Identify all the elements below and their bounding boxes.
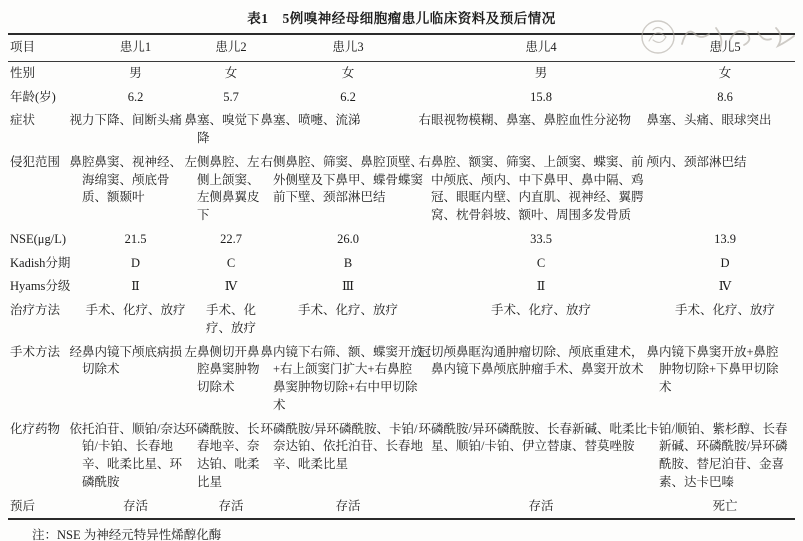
table-title-text: 5例嗅神经母细胞瘤患儿临床资料及预后情况 — [283, 11, 556, 26]
clinical-data-table: 项目 患儿1 患儿2 患儿3 患儿4 患儿5 性别 男 女 女 男 女 年龄(岁… — [8, 33, 795, 520]
cell: 存活 — [427, 495, 655, 520]
cell: 女 — [269, 61, 427, 85]
cell: 鼻塞、嗅觉下降 — [193, 109, 269, 151]
cell: 右眼视物模糊、鼻塞、鼻腔血性分泌物 — [427, 109, 655, 151]
cell: Ⅲ — [269, 275, 427, 299]
cell: 冠切颅鼻眶沟通肿瘤切除、颅底重建术，鼻内镜下鼻颅底肿瘤手术、鼻窦开放术 — [427, 341, 655, 418]
table-row-nse: NSE(μg/L) 21.5 22.7 26.0 33.5 13.9 — [8, 228, 795, 252]
cell: 环磷酰胺/异环磷酰胺、长春新碱、吡柔比星、顺铂/卡铂、伊立替康、替莫唑胺 — [427, 418, 655, 495]
table-row-gender: 性别 男 女 女 男 女 — [8, 61, 795, 85]
cell: 5.7 — [193, 86, 269, 110]
cell: 经鼻内镜下颅底病损切除术 — [78, 341, 193, 418]
table-header-row: 项目 患儿1 患儿2 患儿3 患儿4 患儿5 — [8, 34, 795, 61]
cell: 6.2 — [269, 86, 427, 110]
table-row-invasion-extent: 侵犯范围 鼻腔鼻窦、视神经、海绵窦、颅底骨质、额颞叶 左侧鼻腔、左侧上颌窦、左侧… — [8, 151, 795, 228]
row-label: 治疗方法 — [8, 299, 78, 341]
row-label: 性别 — [8, 61, 78, 85]
table-title-prefix: 表1 — [247, 11, 268, 26]
cell: C — [427, 252, 655, 276]
row-label: 年龄(岁) — [8, 86, 78, 110]
cell: 鼻腔鼻窦、视神经、海绵窦、颅底骨质、额颞叶 — [78, 151, 193, 228]
cell: 右鼻腔、额窦、筛窦、上颌窦、蝶窦、前中颅底、颅内、中下鼻甲、鼻中隔、鸡冠、眼眶内… — [427, 151, 655, 228]
cell: 33.5 — [427, 228, 655, 252]
row-label: NSE(μg/L) — [8, 228, 78, 252]
cell: 手术、化疗、放疗 — [655, 299, 795, 341]
column-header-patient4: 患儿4 — [427, 34, 655, 61]
cell: 女 — [193, 61, 269, 85]
cell: 卡铂/顺铂、紫杉醇、长春新碱、环磷酰胺/异环磷酰胺、替尼泊苷、金喜素、达卡巴嗪 — [655, 418, 795, 495]
table-row-age: 年龄(岁) 6.2 5.7 6.2 15.8 8.6 — [8, 86, 795, 110]
cell: B — [269, 252, 427, 276]
cell: C — [193, 252, 269, 276]
cell: 存活 — [193, 495, 269, 520]
cell: 鼻塞、喷嚏、流涕 — [269, 109, 427, 151]
cell: 存活 — [269, 495, 427, 520]
cell: 视力下降、间断头痛 — [78, 109, 193, 151]
table-row-surgical-method: 手术方法 经鼻内镜下颅底病损切除术 左鼻侧切开鼻腔鼻窦肿物切除术 鼻内镜下右筛、… — [8, 341, 795, 418]
cell: 左侧鼻腔、左侧上颌窦、左侧鼻翼皮下 — [193, 151, 269, 228]
row-label: 症状 — [8, 109, 78, 151]
cell: 26.0 — [269, 228, 427, 252]
cell: 女 — [655, 61, 795, 85]
cell: 鼻塞、头痛、眼球突出 — [655, 109, 795, 151]
row-label: Hyams分级 — [8, 275, 78, 299]
cell: 手术、化疗、放疗 — [269, 299, 427, 341]
cell: 男 — [427, 61, 655, 85]
table-row-treatment: 治疗方法 手术、化疗、放疗 手术、化疗、放疗 手术、化疗、放疗 手术、化疗、放疗… — [8, 299, 795, 341]
row-label: 预后 — [8, 495, 78, 520]
cell: 环磷酰胺、长春地辛、奈达铂、吡柔比星 — [193, 418, 269, 495]
cell: 依托泊苷、顺铂/奈达铂/卡铂、长春地辛、吡柔比星、环磷酰胺 — [78, 418, 193, 495]
table-row-kadish-stage: Kadish分期 D C B C D — [8, 252, 795, 276]
cell: 手术、化疗、放疗 — [193, 299, 269, 341]
table-row-hyams-grade: Hyams分级 Ⅱ Ⅳ Ⅲ Ⅱ Ⅳ — [8, 275, 795, 299]
cell: 手术、化疗、放疗 — [427, 299, 655, 341]
cell: 环磷酰胺/异环磷酰胺、卡铂/奈达铂、依托泊苷、长春地辛、吡柔比星 — [269, 418, 427, 495]
footnote: 注：NSE 为神经元特异性烯醇化酶 — [32, 525, 803, 541]
cell: 15.8 — [427, 86, 655, 110]
cell: 存活 — [78, 495, 193, 520]
cell: 右侧鼻腔、筛窦、鼻腔顶壁、外侧壁及下鼻甲、蝶骨蝶窦前下壁、颈部淋巴结 — [269, 151, 427, 228]
table-row-prognosis: 预后 存活 存活 存活 存活 死亡 — [8, 495, 795, 520]
scanned-paper-page: 表15例嗅神经母细胞瘤患儿临床资料及预后情况 项目 患儿1 患儿2 患儿3 患儿… — [0, 0, 803, 541]
cell: 鼻内镜下右筛、额、蝶窦开放+右上颌窦门扩大+右鼻腔鼻窦肿物切除+右中甲切除术 — [269, 341, 427, 418]
row-label: 手术方法 — [8, 341, 78, 418]
column-header-patient2: 患儿2 — [193, 34, 269, 61]
cell: Ⅱ — [78, 275, 193, 299]
cell: 颅内、颈部淋巴结 — [655, 151, 795, 228]
cell: 22.7 — [193, 228, 269, 252]
column-header-item: 项目 — [8, 34, 78, 61]
cell: Ⅳ — [193, 275, 269, 299]
cell: 13.9 — [655, 228, 795, 252]
cell: 鼻内镜下鼻窦开放+鼻腔肿物切除+下鼻甲切除术 — [655, 341, 795, 418]
column-header-patient5: 患儿5 — [655, 34, 795, 61]
cell: D — [78, 252, 193, 276]
cell: 8.6 — [655, 86, 795, 110]
column-header-patient3: 患儿3 — [269, 34, 427, 61]
cell: D — [655, 252, 795, 276]
row-label: Kadish分期 — [8, 252, 78, 276]
column-header-patient1: 患儿1 — [78, 34, 193, 61]
row-label: 侵犯范围 — [8, 151, 78, 228]
cell: 死亡 — [655, 495, 795, 520]
table-row-chemo-drugs: 化疗药物 依托泊苷、顺铂/奈达铂/卡铂、长春地辛、吡柔比星、环磷酰胺 环磷酰胺、… — [8, 418, 795, 495]
cell: Ⅱ — [427, 275, 655, 299]
table-title: 表15例嗅神经母细胞瘤患儿临床资料及预后情况 — [0, 0, 803, 27]
cell: 21.5 — [78, 228, 193, 252]
table-row-symptoms: 症状 视力下降、间断头痛 鼻塞、嗅觉下降 鼻塞、喷嚏、流涕 右眼视物模糊、鼻塞、… — [8, 109, 795, 151]
cell: Ⅳ — [655, 275, 795, 299]
row-label: 化疗药物 — [8, 418, 78, 495]
cell: 左鼻侧切开鼻腔鼻窦肿物切除术 — [193, 341, 269, 418]
cell: 手术、化疗、放疗 — [78, 299, 193, 341]
cell: 6.2 — [78, 86, 193, 110]
cell: 男 — [78, 61, 193, 85]
